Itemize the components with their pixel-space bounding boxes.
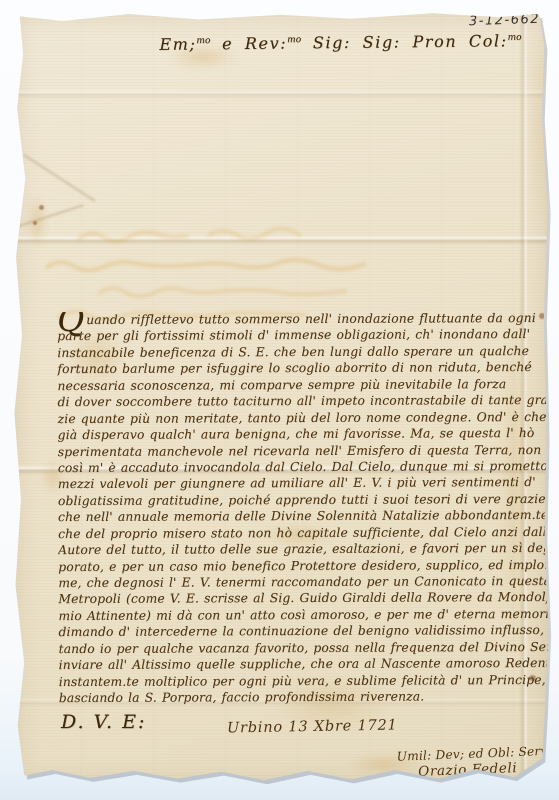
scan-background: { "colors": { "ink": "#4e3310", "ink_str… <box>0 0 559 800</box>
body-line: Metropoli (come V. E. scrisse al Sig. Gu… <box>58 589 548 608</box>
salutation-superscript: mo <box>287 35 301 45</box>
body-line: di dover soccombere tutto taciturno all'… <box>57 392 547 411</box>
body-line: sperimentata manchevole nel ricevarla ne… <box>58 441 548 460</box>
body-line: instantem.te moltiplico per ogni più ver… <box>59 672 549 691</box>
dateline: Urbino 13 Xbre 1721 <box>227 718 398 737</box>
body-line: mezzi valevoli per giungnere ad umiliare… <box>58 474 548 493</box>
closing-abbreviation: D. V. E: <box>61 711 146 733</box>
corner-crease-1 <box>23 154 95 202</box>
salutation-text: Em; <box>159 35 196 54</box>
fox-spot <box>33 221 37 225</box>
corner-crease-2 <box>16 204 83 228</box>
stain-left-edge <box>23 187 51 257</box>
body-line: parte per gli fortissimi stimoli d' imme… <box>57 326 547 345</box>
salutation-text: Sig: Sig: Pron Col: <box>301 31 508 52</box>
body-line: Autore del tutto, il tutto delle sue gra… <box>58 540 548 559</box>
fold-crease-upper <box>9 235 552 245</box>
body-line: fortunato barlume per isfuggire lo scogl… <box>57 359 547 378</box>
archive-reference-number: 3-12-662 <box>469 12 540 29</box>
body-line: già disperavo qualch' aura benigna, che … <box>58 425 548 444</box>
paper-sheet: 3-12-662 Em;mo e Rev:mo Sig: Sig: Pron C… <box>9 7 552 788</box>
fold-crease-top <box>9 89 552 99</box>
fox-spot <box>39 205 44 210</box>
salutation-superscript: mo <box>508 33 522 43</box>
body-line: che nell' annuale memoria delle Divine S… <box>58 507 548 526</box>
letter-body: Quando rifflettevo tutto sommerso nell' … <box>57 310 549 716</box>
salutation-text: e Rev: <box>210 34 287 54</box>
body-line: inviare all' Altissimo quelle suppliche,… <box>59 655 549 674</box>
salutation-superscript: mo <box>196 36 210 46</box>
salutation: Em;mo e Rev:mo Sig: Sig: Pron Col:mo <box>159 31 522 54</box>
body-line: basciando la S. Porpora, faccio profondi… <box>59 688 549 707</box>
body-line: dimando d' intercederne la continuazione… <box>58 622 548 641</box>
ink-bleedthrough-ghost <box>39 205 509 325</box>
